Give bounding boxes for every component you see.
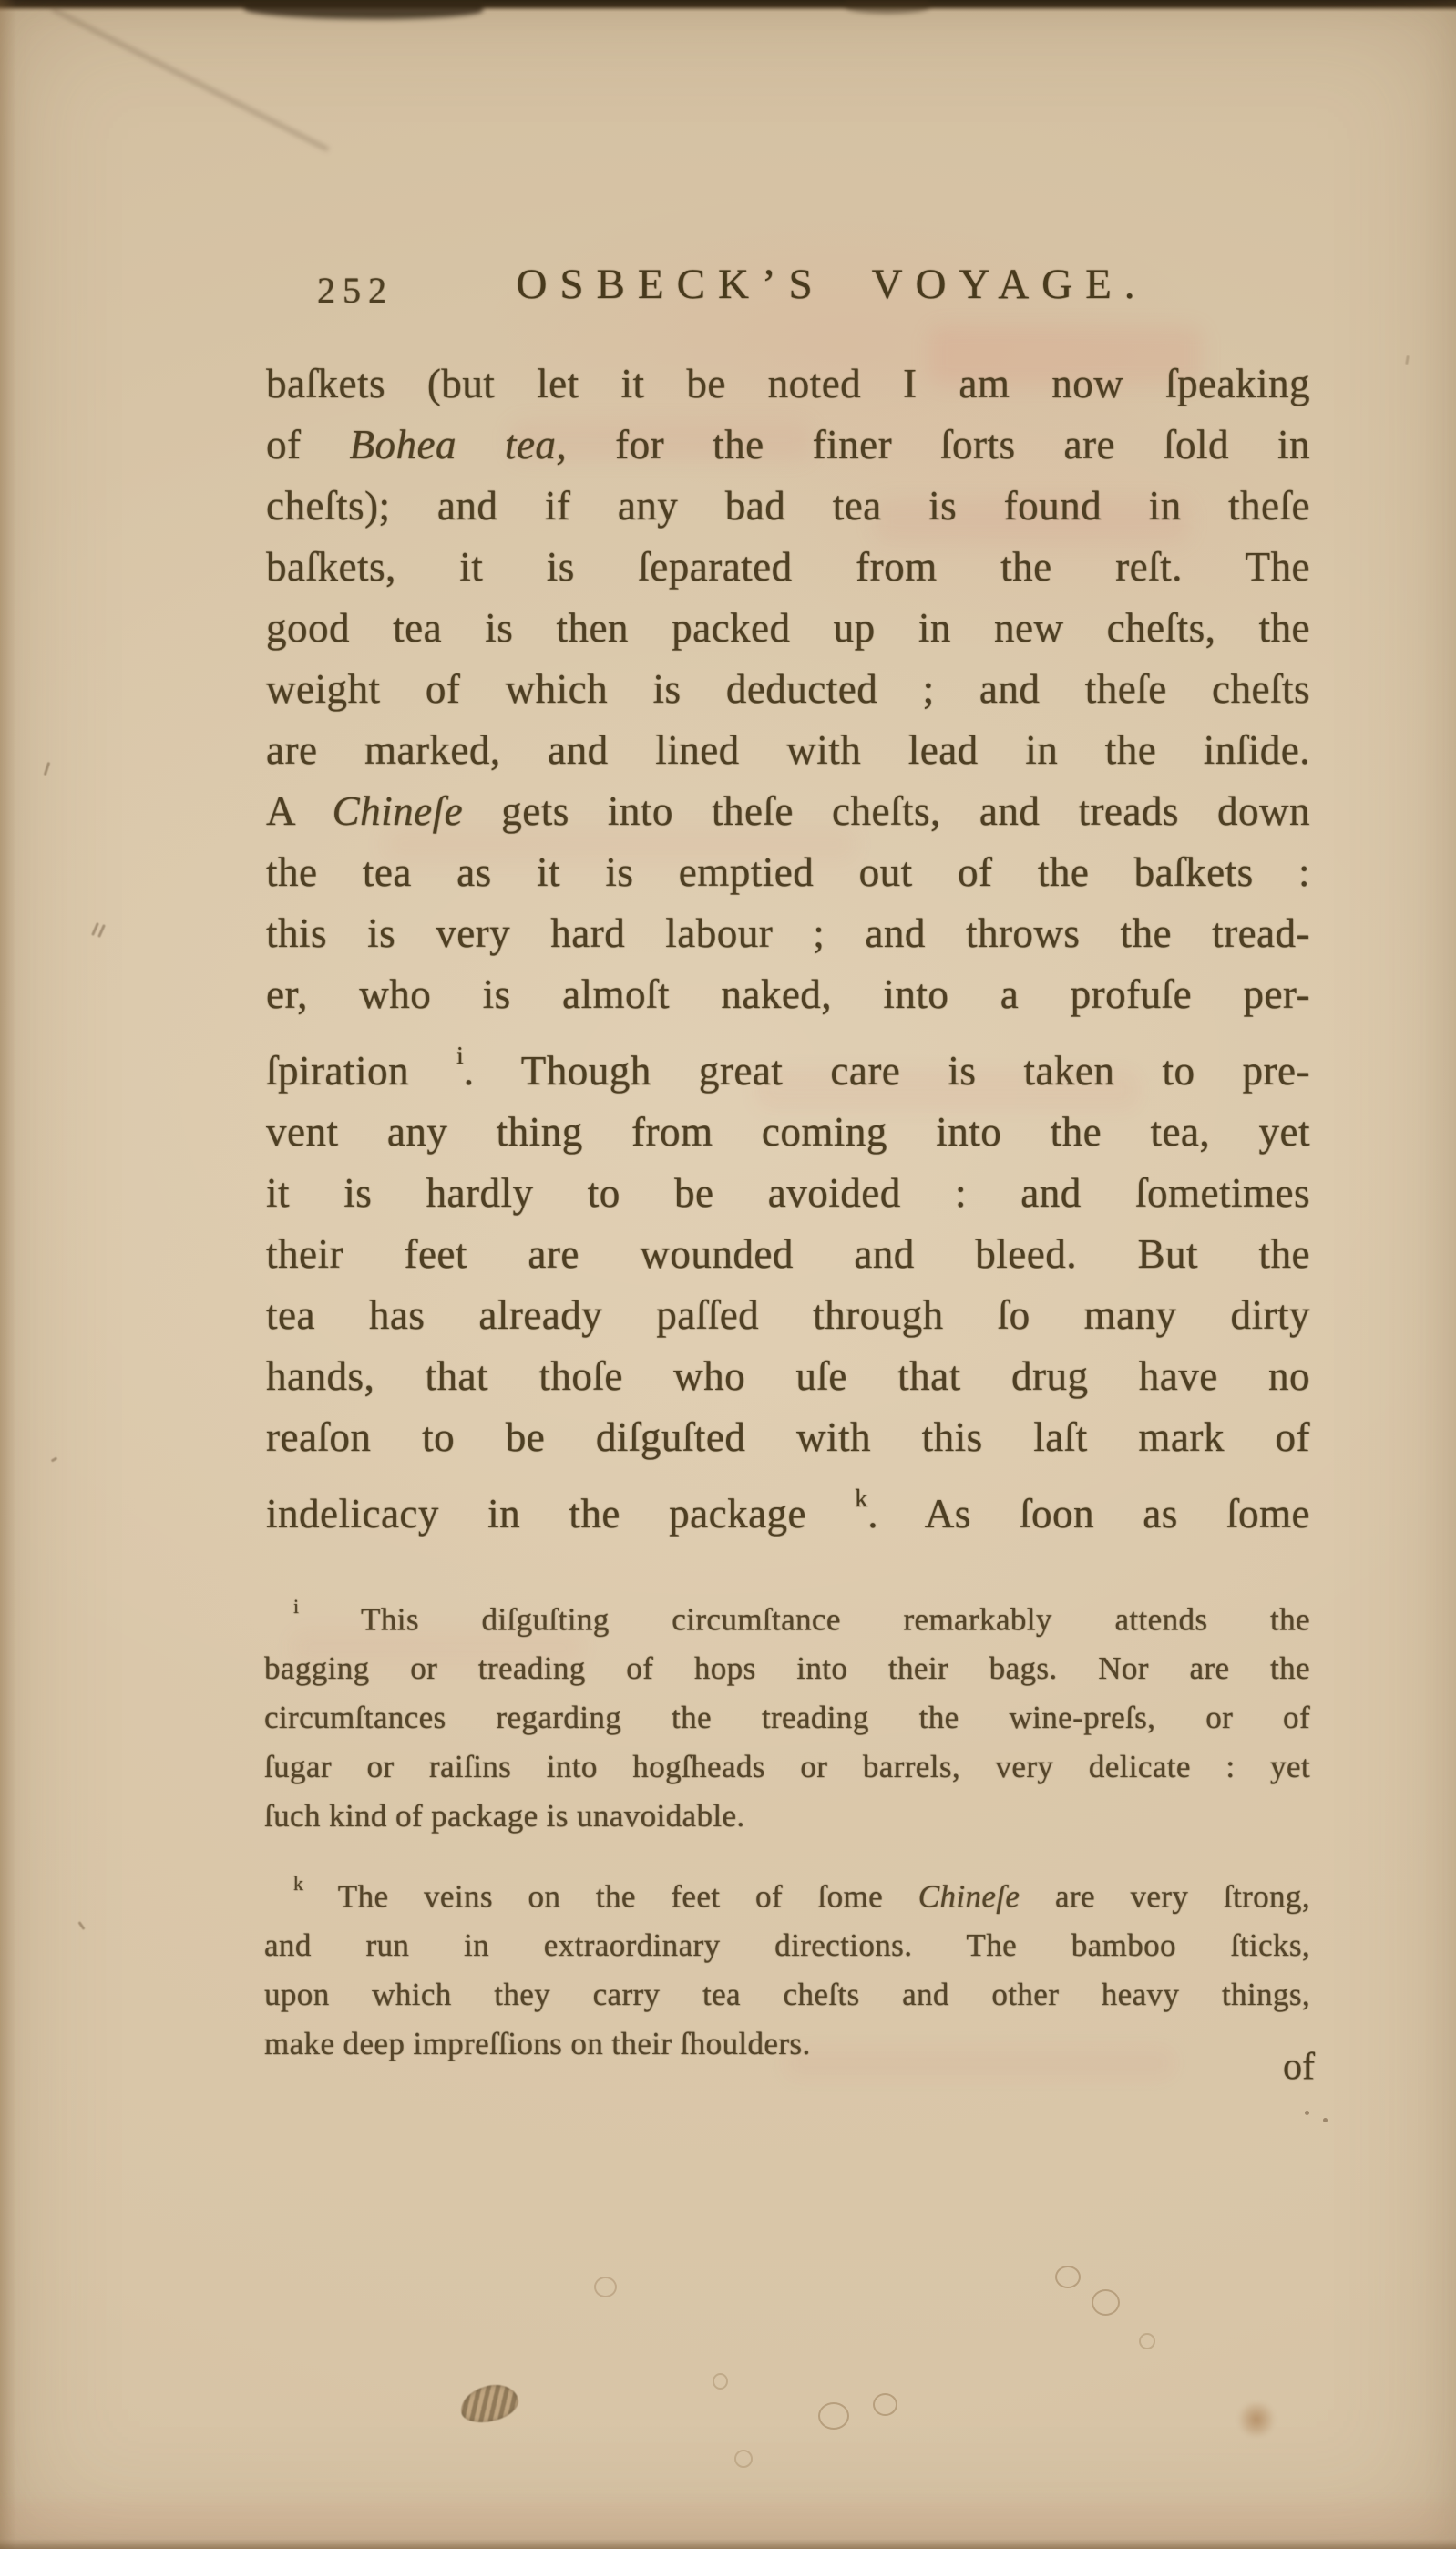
text-segment: baſkets, it is ſeparated from the reſt. … [266, 544, 1310, 590]
text-line: upon which they carry tea cheſts and oth… [264, 1970, 1310, 2020]
text-segment: indelicacy in the package [266, 1491, 855, 1537]
text-segment: ſpiration [266, 1048, 456, 1094]
text-segment: . Though great care is taken to pre- [464, 1048, 1310, 1094]
text-segment: baſkets (but let it be noted I am now ſp… [266, 361, 1310, 406]
text-line: this is very hard labour ; and throws th… [266, 903, 1310, 964]
text-line: of Bohea tea, for the finer ſorts are ſo… [266, 415, 1310, 476]
paper-stain-ring [873, 2393, 897, 2416]
text-segment: reaſon to be diſguſted with this laſt ma… [266, 1414, 1310, 1460]
text-segment: the tea as it is emptied out of the baſk… [266, 849, 1310, 895]
text-segment: cheſts); and if any bad tea is found in … [266, 483, 1310, 529]
text-line: A Chineſe gets into theſe cheſts, and tr… [266, 781, 1310, 842]
text-line: i This diſguſting circumſtance remarkabl… [264, 1582, 1310, 1644]
page-number: 252 [317, 269, 394, 312]
text-segment: This diſguſting circumſtance remarkably … [299, 1601, 1310, 1637]
text-line: er, who is almoſt naked, into a profuſe … [266, 964, 1310, 1025]
text-segment: their feet are wounded and bleed. But th… [266, 1231, 1310, 1277]
margin-mark [77, 1921, 85, 1930]
text-segment: . As ſoon as ſome [867, 1491, 1310, 1537]
text-line: ſuch kind of package is unavoidable. [264, 1792, 1310, 1841]
footnote-i: i This diſguſting circumſtance remarkabl… [264, 1582, 1310, 1841]
italic-text-segment: Chineſe [918, 1878, 1020, 1914]
text-segment: it is hardly to be avoided : and ſometim… [266, 1170, 1310, 1216]
page-scan: { "page": { "number": "252", "running_ti… [0, 0, 1456, 2549]
text-segment: circumſtances regarding the treading the… [264, 1700, 1310, 1735]
paper-stain-ring [1055, 2266, 1081, 2288]
text-line: k The veins on the feet of ſome Chineſe … [264, 1859, 1310, 1921]
italic-text-segment: Chineſe [333, 788, 463, 834]
text-segment: gets into theſe cheſts, and treads down [463, 788, 1310, 834]
text-line: ſpiration i. Though great care is taken … [266, 1025, 1310, 1102]
text-segment: are marked, and lined with lead in the i… [266, 727, 1310, 773]
text-line: vent any thing from coming into the tea,… [266, 1102, 1310, 1163]
footnote-marker: k [855, 1485, 867, 1513]
text-segment: this is very hard labour ; and throws th… [266, 910, 1310, 956]
paper-stain-ring [713, 2373, 728, 2390]
text-segment: weight of which is deducted ; and theſe … [266, 666, 1310, 712]
catchword: of [1283, 2045, 1315, 2089]
foxing-spot [1236, 2402, 1277, 2437]
text-segment: ſugar or raiſins into hogſheads or barre… [264, 1749, 1310, 1784]
text-line: circumſtances regarding the treading the… [264, 1693, 1310, 1742]
text-segment: and run in extraordinary directions. The… [264, 1927, 1310, 1963]
text-segment: A [266, 788, 333, 834]
text-segment: make deep impreſſions on their ſhoulders… [264, 2026, 811, 2061]
text-segment: er, who is almoſt naked, into a profuſe … [266, 971, 1310, 1017]
paper-stain-ring [1092, 2289, 1120, 2316]
text-line: the tea as it is emptied out of the baſk… [266, 842, 1310, 903]
ink-smudge [457, 2380, 522, 2427]
text-line: ſugar or raiſins into hogſheads or barre… [264, 1742, 1310, 1792]
scan-edge-top [0, 0, 1456, 12]
italic-text-segment: Bohea tea, [349, 422, 567, 468]
text-line: are marked, and lined with lead in the i… [266, 720, 1310, 781]
footnote-marker: k [293, 1873, 303, 1895]
main-text-block: baſkets (but let it be noted I am now ſp… [266, 354, 1310, 1545]
text-segment: of [266, 422, 349, 468]
text-line: reaſon to be diſguſted with this laſt ma… [266, 1407, 1310, 1468]
text-segment: ſuch kind of package is unavoidable. [264, 1798, 745, 1834]
text-segment: hands, that thoſe who uſe that drug have… [266, 1353, 1310, 1399]
text-line: and run in extraordinary directions. The… [264, 1921, 1310, 1970]
paper-crease [51, 7, 329, 151]
text-line: weight of which is deducted ; and theſe … [266, 659, 1310, 720]
text-segment: for the finer ſorts are ſold in [567, 422, 1310, 468]
text-line: it is hardly to be avoided : and ſometim… [266, 1163, 1310, 1224]
margin-mark [1405, 355, 1410, 365]
scan-edge-left [0, 0, 16, 2549]
paper-stain-ring [594, 2277, 617, 2297]
text-line: indelicacy in the package k. As ſoon as … [266, 1468, 1310, 1545]
footnote-marker: i [456, 1042, 464, 1070]
paper-discoloration [0, 2502, 1456, 2545]
margin-mark [51, 1456, 58, 1462]
text-line: make deep impreſſions on their ſhoulders… [264, 2020, 1310, 2069]
paper-stain-ring [818, 2402, 849, 2430]
scan-edge-blob [244, 0, 483, 19]
paper-stain-ring [734, 2450, 753, 2468]
text-segment: The veins on the feet of ſome [303, 1878, 918, 1914]
text-line: hands, that thoſe who uſe that drug have… [266, 1346, 1310, 1407]
paper-stain-ring [1139, 2333, 1155, 2349]
ink-speck [1305, 2111, 1309, 2115]
text-segment: are very ſtrong, [1020, 1878, 1310, 1914]
text-segment: tea has already paſſed through ſo many d… [266, 1292, 1310, 1338]
paper-background: 252 OSBECK’S VOYAGE. baſkets (but let it… [0, 0, 1456, 2549]
text-segment: vent any thing from coming into the tea,… [266, 1109, 1310, 1155]
margin-mark [44, 762, 50, 776]
text-line: cheſts); and if any bad tea is found in … [266, 476, 1310, 537]
scan-edge-blob [846, 0, 929, 14]
text-line: their feet are wounded and bleed. But th… [266, 1224, 1310, 1285]
text-line: tea has already paſſed through ſo many d… [266, 1285, 1310, 1346]
text-segment: upon which they carry tea cheſts and oth… [264, 1977, 1310, 2012]
ink-speck [1323, 2118, 1328, 2122]
text-segment: good tea is then packed up in new cheſts… [266, 605, 1310, 651]
text-line: baſkets, it is ſeparated from the reſt. … [266, 537, 1310, 598]
margin-mark [97, 924, 106, 938]
text-segment: bagging or treading of hops into their b… [264, 1650, 1310, 1686]
footnote-k: k The veins on the feet of ſome Chineſe … [264, 1859, 1310, 2069]
page-header: 252 OSBECK’S VOYAGE. [264, 260, 1312, 320]
text-line: baſkets (but let it be noted I am now ſp… [266, 354, 1310, 415]
text-line: good tea is then packed up in new cheſts… [266, 598, 1310, 659]
text-line: bagging or treading of hops into their b… [264, 1644, 1310, 1693]
running-title: OSBECK’S VOYAGE. [436, 260, 1228, 309]
